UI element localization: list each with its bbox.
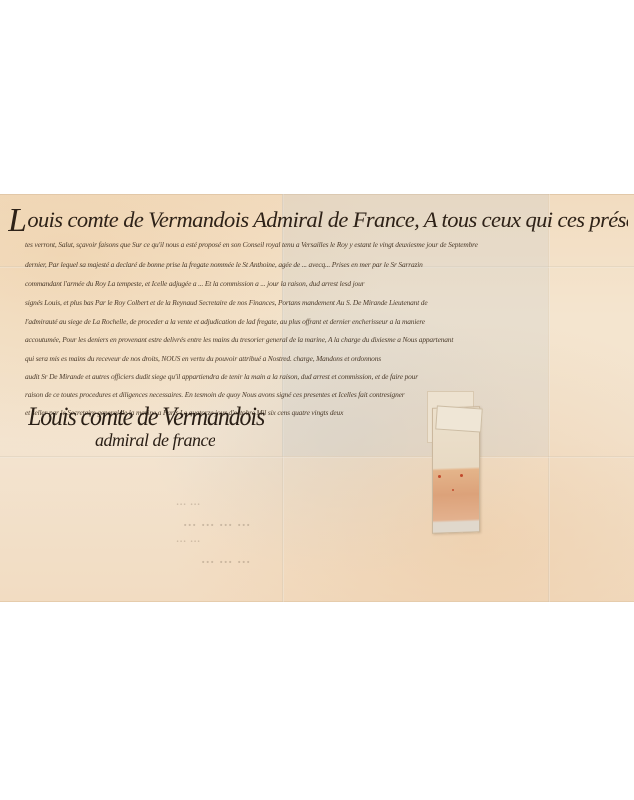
body-line: audit Sr De Mirande et autres officiers …	[25, 372, 620, 381]
horizontal-fold-line	[0, 456, 634, 458]
signature-title: admiral de france	[95, 430, 215, 451]
body-line: tes verront, Salut, sçavoir faisons que …	[25, 240, 620, 249]
ink-bleed-through: ... ... ... ... ... ... ... ... ... ... …	[45, 494, 260, 594]
wax-spot	[438, 475, 441, 478]
body-line: signés Louis, et plus bas Par le Roy Col…	[25, 298, 620, 307]
body-line: dernier, Par lequel sa majesté a declaré…	[25, 260, 620, 269]
parchment-document: Louis comte de Vermandois Admiral de Fra…	[0, 194, 634, 602]
document-heading: Louis comte de Vermandois Admiral de Fra…	[8, 198, 628, 236]
body-line: raison de ce toutes procedures et dilige…	[25, 390, 620, 399]
wax-spot	[460, 474, 463, 477]
signature-name: Louis comte de Vermandois	[28, 402, 264, 432]
body-line: commandant l'armée du Roy La tempeste, e…	[25, 279, 620, 288]
seal-fold-flap	[435, 405, 483, 432]
body-line: accoutumée, Pour les deniers en provenan…	[25, 335, 620, 344]
body-line: qui sera mis es mains du receveur de nos…	[25, 354, 620, 363]
decorated-initial: L	[8, 202, 26, 236]
heading-text: ouis comte de Vermandois Admiral de Fran…	[27, 207, 628, 232]
body-line: l'admirauté au siege de La Rochelle, de …	[25, 317, 620, 326]
wax-spot	[452, 489, 454, 491]
